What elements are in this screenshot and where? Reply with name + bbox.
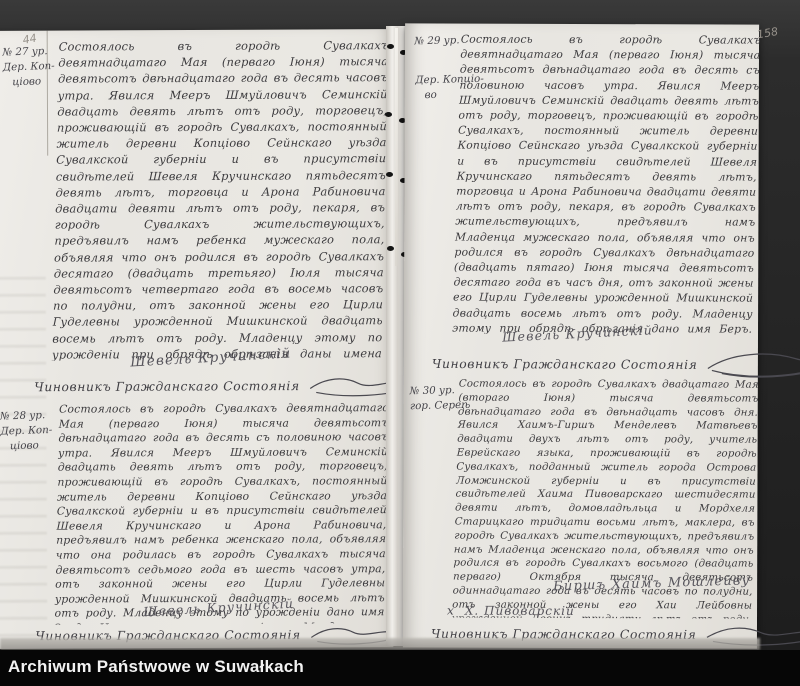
record-28-body-text: Состоялось въ городѣ Сувалкахъ девятнадц… [54, 401, 389, 624]
stitch-hole [385, 112, 392, 117]
clerk-signature-flourish [706, 352, 800, 378]
stitch-hole [387, 44, 394, 49]
margin-note-record-28: № 28 ур. Дер. Коп- ціово [0, 408, 53, 455]
right-page: 158 № 29 ур. Дер. Копціо- во Состоялось … [403, 23, 759, 648]
margin-note-record-27: № 27 ур. Дер. Коп- ціово [2, 44, 55, 91]
act-place: ціово [1, 438, 53, 455]
archival-scan-photo: 44 № 27 ур. Дер. Коп- ціово Состоялось в… [0, 0, 800, 686]
record-29-body-text: Состоялось въ городѣ Сувалкахъ девятнадц… [452, 32, 761, 335]
ink-bleed-through [0, 271, 47, 663]
clerk-title: Чиновникъ Гражданскаго Состоянія [432, 357, 698, 372]
clerk-title: Чиновникъ Гражданскаго Состоянія [34, 379, 300, 394]
witness-x-mark: х [447, 604, 454, 618]
record-27-body-text: Состоялось въ городѣ Сувалкахъ девятнадц… [52, 37, 389, 360]
act-place: ціово [3, 74, 55, 91]
stitch-hole [387, 246, 394, 251]
left-page: 44 № 27 ур. Дер. Коп- ціово Состоялось в… [0, 29, 393, 649]
act-number: № 27 ур. [2, 44, 54, 61]
act-place: Дер. Коп- [3, 59, 55, 76]
witness-signature: Х. Пивоварскій [465, 604, 575, 618]
clerk-attestation-row: Чиновникъ Гражданскаго Состоянія [432, 351, 800, 378]
witness-countersign-row: х Х. Пивоварскій [447, 604, 575, 618]
archive-name-label: Archiwum Państwowe w Suwałkach [8, 657, 304, 677]
binding-thread [395, 28, 398, 266]
page-bottom-edge [0, 638, 760, 650]
act-number: № 28 ур. [0, 408, 52, 425]
act-place: Дер. Коп- [0, 423, 52, 440]
clerk-attestation-row: Чиновникъ Гражданскаго Состоянія [34, 375, 418, 399]
archive-footer-bar: Archiwum Państwowe w Suwałkach [0, 650, 800, 686]
stitch-hole [386, 172, 393, 177]
